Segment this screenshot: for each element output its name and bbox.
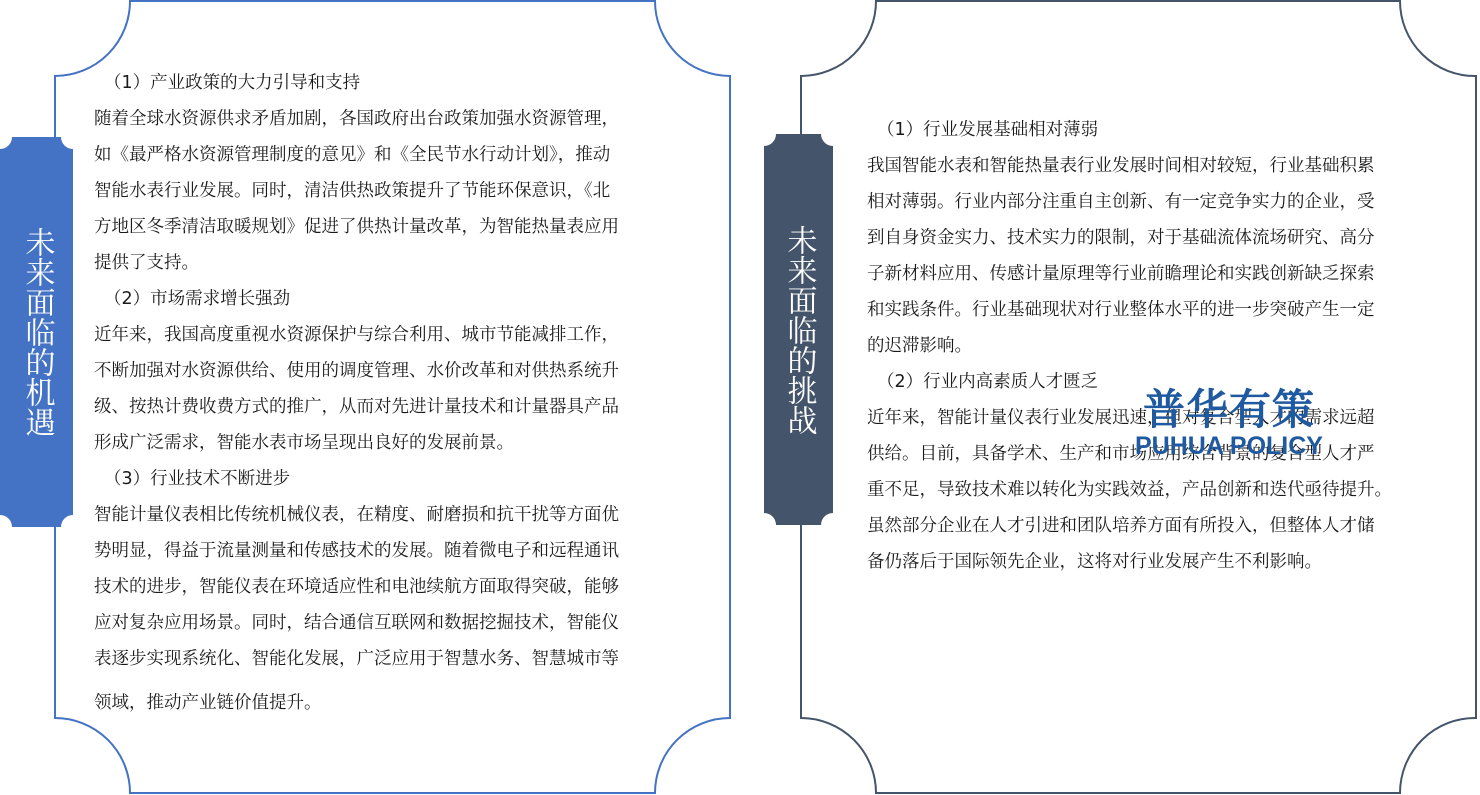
paragraph-line: 势明显，得益于流量测量和传感技术的发展。随着微电子和远程通讯 [94, 533, 719, 569]
opportunities-content: （1）产业政策的大力引导和支持 随着全球水资源供求矛盾加剧，各国政府出台政策加强… [94, 65, 719, 721]
paragraph-line: 近年来，智能计量仪表行业发展迅速，但对复合型人才的需求远超 [867, 400, 1467, 436]
challenges-content: （1）行业发展基础相对薄弱 我国智能水表和智能热量表行业发展时间相对较短，行业基… [867, 112, 1467, 580]
section-heading: （2）市场需求增长强劲 [94, 281, 719, 317]
paragraph-line: 相对薄弱。行业内部分注重自主创新、有一定竞争实力的企业，受 [867, 184, 1467, 220]
paragraph-line: 重不足，导致技术难以转化为实践效益，产品创新和迭代亟待提升。 [867, 472, 1467, 508]
paragraph-line: 供给。目前，具备学术、生产和市场应用综合背景的复合型人才严 [867, 436, 1467, 472]
paragraph-line: 提供了支持。 [94, 245, 719, 281]
paragraph-line: 形成广泛需求，智能水表市场呈现出良好的发展前景。 [94, 425, 719, 461]
paragraph-line: 表逐步实现系统化、智能化发展，广泛应用于智慧水务、智慧城市等 [94, 641, 719, 677]
opportunities-tab: 未来面临的机遇 [0, 137, 73, 527]
paragraph-line: 方地区冬季清洁取暖规划》促进了供热计量改革，为智能热量表应用 [94, 209, 719, 245]
paragraph-line: 智能水表行业发展。同时，清洁供热政策提升了节能环保意识，《北 [94, 173, 719, 209]
paragraph-line: 随着全球水资源供求矛盾加剧，各国政府出台政策加强水资源管理， [94, 101, 719, 137]
section-heading: （1）产业政策的大力引导和支持 [94, 65, 719, 101]
section-heading: （3）行业技术不断进步 [94, 461, 719, 497]
paragraph-line: 如《最严格水资源管理制度的意见》和《全民节水行动计划》，推动 [94, 137, 719, 173]
paragraph-line: 级、按热计费收费方式的推广，从而对先进计量技术和计量器具产品 [94, 389, 719, 425]
challenges-tab: 未来面临的挑战 [764, 134, 833, 525]
paragraph-line: 子新材料应用、传感计量原理等行业前瞻理论和实践创新缺乏探索 [867, 256, 1467, 292]
opportunities-tab-label: 未来面临的机遇 [22, 227, 52, 437]
paragraph-line: 到自身资金实力、技术实力的限制，对于基础流体流场研究、高分 [867, 220, 1467, 256]
paragraph-line: 领域，推动产业链价值提升。 [94, 685, 719, 721]
paragraph-line: 应对复杂应用场景。同时，结合通信互联网和数据挖掘技术，智能仪 [94, 605, 719, 641]
paragraph-line: 近年来，我国高度重视水资源保护与综合利用、城市节能减排工作， [94, 317, 719, 353]
paragraph-line: 虽然部分企业在人才引进和团队培养方面有所投入，但整体人才储 [867, 508, 1467, 544]
paragraph-line: 备仍落后于国际领先企业，这将对行业发展产生不利影响。 [867, 544, 1467, 580]
challenges-tab-label: 未来面临的挑战 [784, 225, 814, 435]
paragraph-line: 和实践条件。行业基础现状对行业整体水平的进一步突破产生一定 [867, 292, 1467, 328]
paragraph-line: 的迟滞影响。 [867, 328, 1467, 364]
section-heading: （1）行业发展基础相对薄弱 [867, 112, 1467, 148]
paragraph-line: 不断加强对水资源供给、使用的调度管理、水价改革和对供热系统升 [94, 353, 719, 389]
section-heading: （2）行业内高素质人才匮乏 [867, 364, 1467, 400]
paragraph-line: 我国智能水表和智能热量表行业发展时间相对较短，行业基础积累 [867, 148, 1467, 184]
paragraph-line: 智能计量仪表相比传统机械仪表，在精度、耐磨损和抗干扰等方面优 [94, 497, 719, 533]
paragraph-line: 技术的进步，智能仪表在环境适应性和电池续航方面取得突破，能够 [94, 569, 719, 605]
